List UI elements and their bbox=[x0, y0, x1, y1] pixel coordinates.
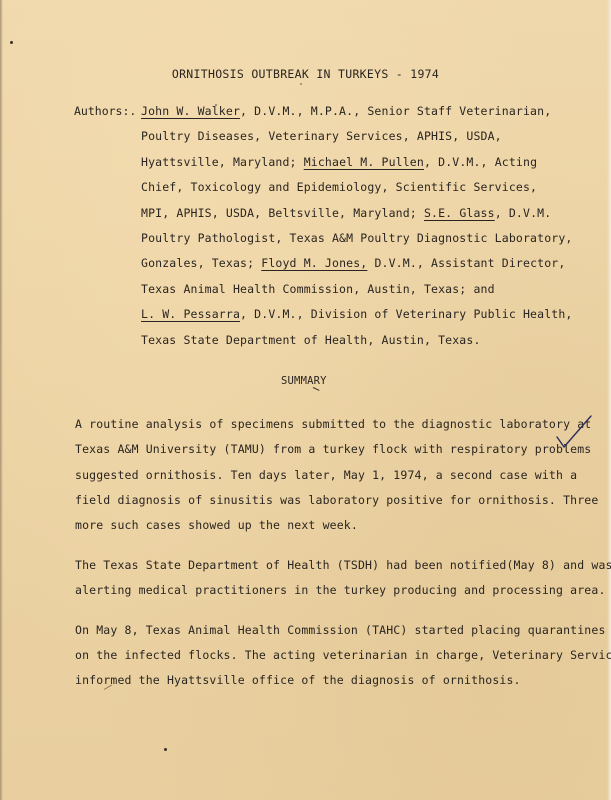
page-edge-right bbox=[607, 0, 611, 800]
paragraph-line: alerting medical practitioners in the tu… bbox=[75, 583, 606, 597]
author-text: Texas State Department of Health, Austin… bbox=[141, 333, 481, 347]
paper-speck bbox=[300, 83, 302, 85]
author-text: Poultry Pathologist, Texas A&M Poultry D… bbox=[141, 231, 573, 245]
checkmark-icon bbox=[555, 413, 595, 453]
author-text: MPI, APHIS, USDA, Beltsville, Maryland; bbox=[141, 206, 424, 220]
author-name: S.E. Glass bbox=[424, 206, 495, 220]
author-name: John W. Walker bbox=[141, 104, 240, 118]
author-text: D.V.M., Assistant Director, bbox=[367, 256, 565, 270]
paragraph-line: more such cases showed up the next week. bbox=[75, 518, 358, 532]
document-page: ORNITHOSIS OUTBREAK IN TURKEYS - 1974 Au… bbox=[0, 0, 611, 800]
paragraph-line: A routine analysis of specimens submitte… bbox=[75, 417, 591, 431]
paper-speck bbox=[215, 104, 217, 106]
author-line: Gonzales, Texas; Floyd M. Jones, D.V.M.,… bbox=[141, 256, 565, 270]
author-text: , D.V.M., Acting bbox=[424, 155, 537, 169]
author-text: Chief, Toxicology and Epidemiology, Scie… bbox=[141, 180, 537, 194]
paragraph-line: on the infected flocks. The acting veter… bbox=[75, 648, 611, 662]
author-text: Texas Animal Health Commission, Austin, … bbox=[141, 282, 495, 296]
paragraph-line: The Texas State Department of Health (TS… bbox=[75, 558, 611, 572]
author-text: , D.V.M., M.P.A., Senior Staff Veterinar… bbox=[240, 104, 551, 118]
author-line: Hyattsville, Maryland; Michael M. Pullen… bbox=[141, 155, 537, 169]
paragraph-line: suggested ornithosis. Ten days later, Ma… bbox=[75, 468, 577, 482]
paragraph-line: On May 8, Texas Animal Health Commission… bbox=[75, 623, 606, 637]
summary-heading: SUMMARY bbox=[281, 375, 327, 387]
authors-label: Authors:. bbox=[74, 104, 136, 118]
author-line: MPI, APHIS, USDA, Beltsville, Maryland; … bbox=[141, 206, 551, 220]
author-line: John W. Walker, D.V.M., M.P.A., Senior S… bbox=[141, 104, 551, 118]
paper-speck bbox=[10, 41, 13, 44]
page-edge-left bbox=[0, 0, 3, 800]
author-text: , D.V.M. bbox=[495, 206, 552, 220]
author-name: Michael M. Pullen bbox=[304, 155, 424, 169]
author-text: Poultry Diseases, Veterinary Services, A… bbox=[141, 129, 502, 143]
author-line: Texas State Department of Health, Austin… bbox=[141, 333, 481, 347]
author-line: L. W. Pessarra, D.V.M., Division of Vete… bbox=[141, 307, 573, 321]
author-line: Chief, Toxicology and Epidemiology, Scie… bbox=[141, 180, 537, 194]
paper-speck bbox=[164, 748, 167, 751]
pencil-mark bbox=[313, 387, 320, 391]
author-name: L. W. Pessarra bbox=[141, 307, 240, 321]
author-text: Hyattsville, Maryland; bbox=[141, 155, 304, 169]
paragraph-line: informed the Hyattsville office of the d… bbox=[75, 673, 521, 687]
author-name: Floyd M. Jones, bbox=[261, 256, 367, 270]
author-line: Poultry Pathologist, Texas A&M Poultry D… bbox=[141, 231, 573, 245]
document-title: ORNITHOSIS OUTBREAK IN TURKEYS - 1974 bbox=[0, 67, 611, 81]
paragraph-line: Texas A&M University (TAMU) from a turke… bbox=[75, 442, 591, 456]
author-line: Poultry Diseases, Veterinary Services, A… bbox=[141, 129, 502, 143]
author-text: Gonzales, Texas; bbox=[141, 256, 261, 270]
author-line: Texas Animal Health Commission, Austin, … bbox=[141, 282, 495, 296]
author-text: , D.V.M., Division of Veterinary Public … bbox=[240, 307, 572, 321]
paragraph-line: field diagnosis of sinusitis was laborat… bbox=[75, 493, 598, 507]
